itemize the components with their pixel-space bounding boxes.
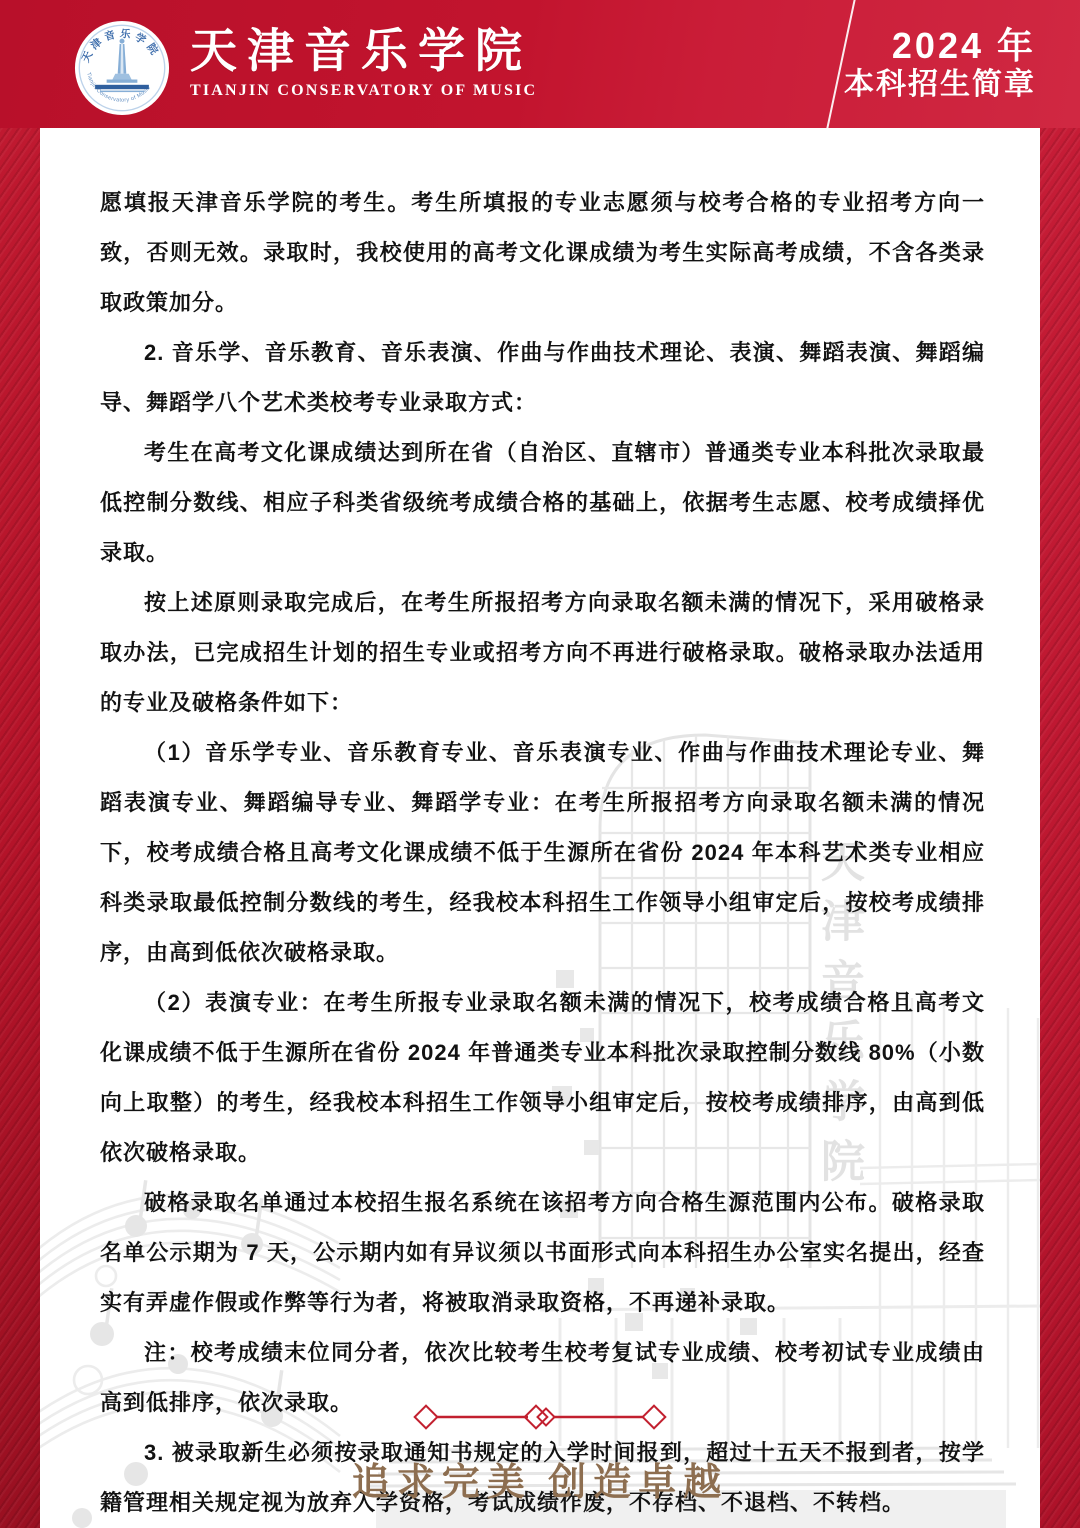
content-card: 天津音乐学院 愿填报天津音乐学院的考生。考生所填报的专业志愿须与校考合格的专业招… [40, 128, 1040, 1528]
paragraph: 按上述原则录取完成后，在考生所报招考方向录取名额未满的情况下，采用破格录取办法，… [100, 578, 985, 728]
school-name-cn: 天津音乐学院 [190, 26, 537, 75]
edition-subtitle: 本科招生简章 [844, 66, 1036, 104]
right-red-band [1036, 0, 1080, 1528]
paragraph: 破格录取名单通过本校招生报名系统在该招考方向合格生源范围内公布。破格录取名单公示… [100, 1178, 985, 1328]
edition-year: 2024 年 [844, 26, 1036, 66]
school-emblem-icon: 天津音乐学院 Tianjin Conservatory of Music [74, 20, 170, 116]
left-red-band [0, 0, 44, 1528]
paragraph: （2）表演专业：在考生所报专业录取名额未满的情况下，校考成绩合格且高考文化课成绩… [100, 978, 985, 1178]
paragraph: 愿填报天津音乐学院的考生。考生所填报的专业志愿须与校考合格的专业招考方向一致，否… [100, 178, 985, 328]
paragraph: 考生在高考文化课成绩达到所在省（自治区、直辖市）普通类专业本科批次录取最低控制分… [100, 428, 985, 578]
card-footer: 追求完美 创造卓越 [40, 1400, 1040, 1506]
school-motto: 追求完美 创造卓越 [40, 1451, 1040, 1506]
header-banner: 天津音乐学院 Tianjin Conservatory of Music 天津音… [0, 0, 1080, 128]
admissions-brochure-page: { "header": { "title_cn": "天津音乐学院", "tit… [0, 0, 1080, 1528]
paragraph: （1）音乐学专业、音乐教育专业、音乐表演专业、作曲与作曲技术理论专业、舞蹈表演专… [100, 728, 985, 978]
divider-ornament-icon [412, 1400, 668, 1434]
school-name-en: TIANJIN CONSERVATORY OF MUSIC [190, 82, 537, 100]
header-edition-block: 2024 年 本科招生简章 [844, 26, 1036, 103]
school-title-block: 天津音乐学院 TIANJIN CONSERVATORY OF MUSIC [190, 26, 537, 100]
paragraph: 2. 音乐学、音乐教育、音乐表演、作曲与作曲技术理论、表演、舞蹈表演、舞蹈编导、… [100, 328, 985, 428]
admission-rules-text: 愿填报天津音乐学院的考生。考生所填报的专业志愿须与校考合格的专业招考方向一致，否… [40, 128, 1040, 1528]
